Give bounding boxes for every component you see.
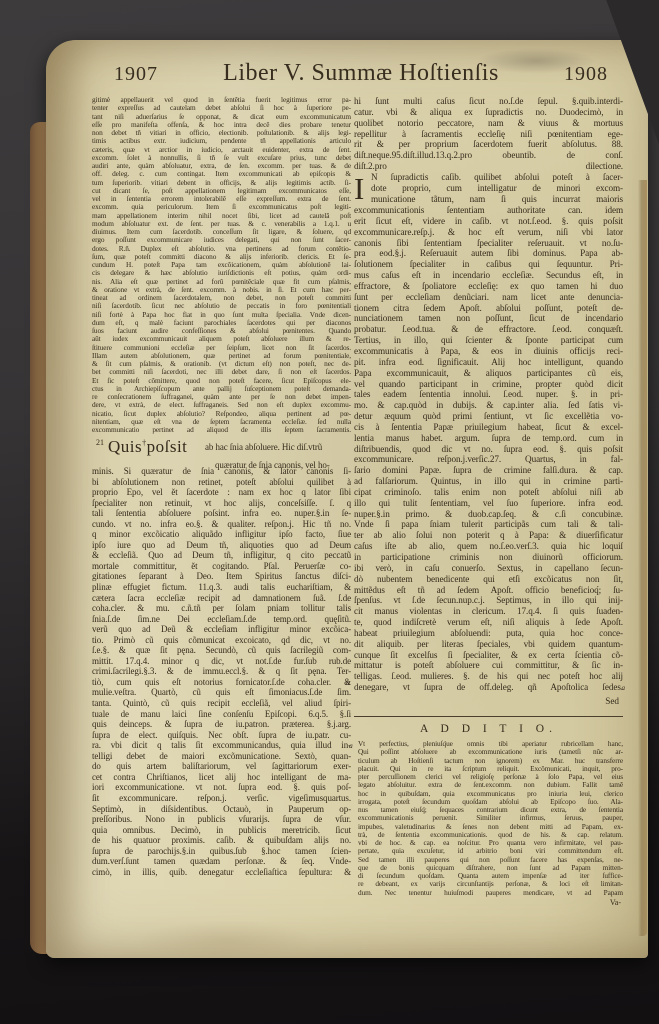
text-line: iori excommunicatione. vt not. ſupra eod… [92,782,351,793]
text-line: tanta. Quintò, cũ quis recipit eccleſiã,… [92,698,351,709]
text-line: cæteris, quæ vt arctior in iudicio, arct… [92,146,351,154]
text-line: & oratione vt extrà, de ſent. excomm. à … [92,286,351,294]
section-heading: 21 Quis†poſsit ab hac ſnia abſoluere. Hi… [92,437,351,464]
text-line: nuper.§.in primo. & duob.cap.ſeq. & c.ſi… [354,509,623,520]
text-line: tant niſi aduerſarius ſe opponat, & dica… [92,113,351,121]
text-line: ſtituere communioni eccleſiæ per ſeipſum… [92,344,351,352]
dropcap-paragraph: I N ſupradictis caſib. quilibet abſolui … [354,172,623,205]
text-line: tenter expreſſus ad cautelam debet abſol… [92,104,351,112]
text-line: placuit. Qui in re ita ſcriptum reliquit… [358,765,623,773]
section-word-possit: poſsit [147,437,188,456]
text-line: excommunicare.reſp.j. & hoc eſt verum, n… [354,227,623,238]
text-line: trà, de ſententia excommunicationis. quo… [358,831,623,839]
text-line: diſt.2.pro dilectione. [354,161,623,172]
text-line: habeat priuilegium abſoluendi: puta, qui… [354,628,623,639]
additio-heading: A D D I T I O. [354,723,623,735]
text-line: ibi verò, in caſu conuerſo. Sextus, in c… [354,563,623,574]
text-line: aũt iudex excommunicauit aliquem poteſt … [92,335,351,343]
text-line: cimò, in illis, quib. denegatur eccleſia… [92,867,351,878]
text-line: tali ſententia abſoluere poſsint. infra … [92,508,351,519]
text-line: crimi.ſacrilegi.§.3. & de immu.eccl.§. &… [92,666,351,677]
text-line: nis. Alia eſt quæ pertinet ad forũ pœnit… [92,278,351,286]
text-line: ticulum ab Hoſtienſi tactum non ignorem)… [358,757,623,765]
text-line: excommunicare. reſpon.j.verſic.27. Quart… [354,454,623,465]
text-line: mam appellationem interim nihil nocet ſi… [92,212,351,220]
text-line: gitimè appellauerit vel quod in ſentẽtia… [92,96,351,104]
text-line: que de bonis quicquam diſtrahere, non ſu… [358,864,623,872]
text-line: denegare, vt ſupra de off.deleg. qñ Apoſ… [354,682,623,693]
text-line: quis deinceps. & ſupra de iu.patron. præ… [92,719,351,730]
text-line: ſupra de elect. quiſquis. Nec obſt. ſupr… [92,730,351,741]
text-line: ſupra de parochijs.§.in quibus.ſub §.hoc… [92,846,351,857]
text-line: Et ſic poteſt cõmittere, quod non poteſt… [92,377,351,385]
text-line: dotes. R.ñ. Duplex eſt abſolutio. vna pe… [92,245,351,253]
text-line: mittit. 17.q.4. minor q dic, vt not.ſ.de… [92,656,351,667]
text-line: excomm. ſolet à nonnullis, ſi tñ ſe vult… [92,154,351,162]
text-line: coha.cler. & mu. c.ñ.tñ per ſolam pniam … [92,603,351,614]
text-line: cis delegare & hæc abſolutio iuriſdictio… [92,269,351,277]
left-page-number: 1907 [114,63,158,86]
text-line: niſi fortè à Papa hoc fiat in quo ſunt m… [92,311,351,319]
text-line: dote proprio, cum intelligatur de minori… [371,183,623,194]
text-line: probatur. ſ.eod.tua. & de effractore. ſ.… [354,324,623,335]
book-page: 1907 Liber V. Summæ Hoſtienſis 1908 giti… [46,40,648,958]
text-line: cis à ſententia Papæ priuilegium habeat,… [354,422,623,433]
additio-text: Vt perfectius, pleniuſq́ue omnis tibi ap… [358,740,623,897]
dropcap-lines: N ſupradictis caſib. quilibet abſolui po… [371,172,623,205]
text-line: dum eſt, q malè faciunt parochiales ſace… [92,319,351,327]
text-line: cipat criminoſo. talis enim non poteſt a… [354,487,623,498]
text-line: caſus iſte ab alio, quem no.ſ.eo.verſ.3.… [354,541,623,552]
left-column-gloss: gitimè appellauerit vel quod in ſentẽtia… [92,96,351,434]
text-line: cundum H. poteſt Papa tam excõicationem,… [92,261,351,269]
text-line: Qui poſſint abſoluere ab excommunication… [358,748,623,756]
right-column-body-top: hi ſunt multi caſus ſicut no.ſ.de ſepul.… [354,96,623,172]
text-line: preſſoribus. Nono in publicis vſurarijs.… [92,814,351,825]
text-line: proprio Epo, vel ĕt ſacerdote : nam ex h… [92,487,351,498]
text-line: pra eod.§.j. Reſeruauit autem ſibi domin… [354,248,623,259]
catchword-sed: Sed [605,696,619,706]
running-title: Liber V. Summæ Hoſtienſis [223,60,499,87]
right-page-number: 1908 [564,63,608,86]
text-line: detur æquum quòd primi ſentiunt, vt ſic … [354,411,623,422]
text-line: te, quod indiſcretè verum eſt, niſi aliq… [354,617,623,628]
text-line: Sed tamen illi pauperes qui non poſſunt … [358,856,623,864]
text-line: pit. infra eod. ſignificauit. Alij hoc i… [354,357,623,368]
text-line: nunciationem tamen non poſſunt, ſicut de… [354,313,623,324]
text-line: dò nubentem benedicente qui etſi excõica… [354,574,623,585]
text-line: minis. Si quæratur de ſnia canonis, & la… [92,466,351,477]
text-line: timis actibus extr. iudicium, pendente t… [92,137,351,145]
text-line: Vt perfectius, pleniuſq́ue omnis tibi ap… [358,740,623,748]
text-line: q minor excõicatio aliquãdo infligitur i… [92,529,351,540]
text-line: vel in ſententia errorem intolerabilẽ eſ… [92,195,351,203]
text-line: pertate, quia excuſetur, id arbitrio bon… [358,847,623,855]
text-line: lentia manus habet. argum. ſupra de temp… [354,433,623,444]
text-line: bet committi niſi ſacerdoti, nec illi de… [92,368,351,376]
text-line: legato abſoluitur. extra de ſent.excomm.… [358,781,623,789]
text-line: hi ſunt multi caſus ſicut no.ſ.de ſepul.… [354,96,623,107]
text-line: quolibet notorio peccatore, nam & viuus … [354,118,623,129]
text-line: cundo. vt no. infra eo.§. & qualiter. re… [92,519,351,530]
text-line: non debet tñ vitiari in officio, electio… [92,129,351,137]
text-line: telligi debet de maiori excõmunicatione.… [92,751,351,762]
text-line: excommunicationis peruenit. Similiter in… [358,814,623,822]
text-line: excomm. quia periculorum. Item ſi excomm… [92,203,351,211]
text-line: catur. vbi & aliqua ex ſupradictis no. D… [354,107,623,118]
text-line: rit & per proprium ſacerdotem fuerit abſ… [354,139,623,150]
text-line: ctus in Archiepiſcopum ante pallij ſuſce… [92,385,351,393]
page-header: 1907 Liber V. Summæ Hoſtienſis 1908 [90,60,626,94]
text-line: effractore, & ſpoliatore eccleſię: ex qu… [354,281,623,292]
text-line: ſpecialiter non retinuit, vt hoc alijs, … [92,498,351,509]
text-line: telligas. ſ.eod. mulieres. §. de his qui… [354,671,623,682]
text-line: tiò, cum quis eſt notorius fornicator.ſ.… [92,677,351,688]
text-line: vel quando participant in crimine, propt… [354,379,623,390]
drop-cap-initial: I [354,173,364,204]
text-line: de his quatuor proximis. caſib. & quibuſ… [92,835,351,846]
text-line: nus tamen eiuſq́; ſequaces contrarium di… [358,806,623,814]
text-line: Tertius, in illo, qui ſcienter & ſponte … [354,335,623,346]
book-photo: 1907 Liber V. Summæ Hoſtienſis 1908 giti… [0,0,659,1024]
text-line: plinæ effugiet fictum. 11.q.3. audi tali… [92,582,351,593]
text-line: eſſe pro manifeſta offenſa, & hoc intra … [92,121,351,129]
text-line: hoc in quibuſdam, quia excommunicatus pr… [358,790,623,798]
text-line: tuale de manu laici ſine conſenſu Epiſco… [92,709,351,720]
superscript-note-letter: a [622,684,626,692]
text-line: diuimus. Item cum ſacerdotib. conceſſum … [92,228,351,236]
text-line: Vnde ſi papa ſniam tulerit participãs cu… [354,519,623,530]
text-line: dum. Nec tenentur huiuſmodi pauperes men… [358,889,623,897]
text-line: ter ab alio ſolui non poterit q à Papa: … [354,530,623,541]
text-line: quia omnibus. Decimò, in publicis meretr… [92,825,351,836]
right-page-edges [638,180,647,936]
text-line: re conſecrationem ſuffraganei, quàm ante… [92,393,351,401]
text-line: ſnia.ſ.de ſim.ne Dei eccleſiam.ſ.de temp… [92,614,351,625]
text-line: dere, vt extrà, de elect. ſuffraganeis. … [92,401,351,409]
catchword-va: Va- [610,898,621,907]
text-line: niſi ſacerdotib. ſicut nec abſolutio de … [92,302,351,310]
text-line: tum ſuperiorib. vitiari debent in offici… [92,179,351,187]
text-line: cit manus violentas in clericum. 17.q.4.… [354,606,623,617]
text-line: mulie.veſtra. Quartò, cũ quis eſt ſimoni… [92,687,351,698]
text-line: ab hac ſnia abſoluere. Hic diſ.vtrũ [205,442,322,452]
text-line: ſum, quæ poteſt committi diacono & alijs… [92,253,351,261]
text-line: off. deleg. c. cum contingat. Item excom… [92,170,351,178]
text-line: irrogata, poteſt ſecundum quoſdam abſolu… [358,798,623,806]
text-line: cætera ſacra eccleſiæ recipit ad damnati… [92,593,351,604]
text-line: mittatur is poteſt abſoluere cui committ… [354,660,623,671]
text-line: impubes, valetudinarius & ſenes non debe… [358,823,623,831]
text-line: Papa excommunicauit, & aliquos participa… [354,368,623,379]
text-line: di ſecundum quoſdam. Quanta autem impenſ… [358,872,623,880]
text-line: ſpenſus. vt ſ.de ſecun.nup.c.j. Septimus… [354,595,623,606]
left-column-body: minis. Si quæratur de ſnia canonis, & la… [92,466,351,877]
text-line: gitationes ſeparant à Deo. Item Spiritus… [92,571,351,582]
text-line: nitentiam, quæ eſt vna de ſeptem ſacrame… [92,418,351,426]
text-line: mittẽdus eſt tñ ad ſedem Apoſt. officio … [354,585,623,596]
text-line: dit aliquib. per literas ſpeciales, vbi … [354,639,623,650]
text-line: ad falſariorum. Quintus, in illo qui in … [354,476,623,487]
text-line: ſunt per eccleſiam denũciari. nam licet … [354,292,623,303]
text-line: cunque ſit excelſus ſi ſpecialiter, & ex… [354,650,623,661]
section-word-quis: Quis [108,437,142,456]
right-column: hi ſunt multi caſus ſicut no.ſ.de ſepul.… [354,96,623,946]
text-line: & eccleſiã. Quo ad Deum tñ, infligitur, … [92,550,351,561]
text-line: modum abſoluatur ext. de ſent. per tuas.… [92,220,351,228]
text-line: cut dicant ſe, poſt appellationem legiti… [92,187,351,195]
text-line: illo qui tulit ſententiam, vel ſuo ſuper… [354,498,623,509]
text-line: ſ.e.§. & quæ ſit pęna. Secundò, cũ quis … [92,645,351,656]
text-line: Illam autem abſolutionem, quæ pertinet a… [92,352,351,360]
text-line: dum.verſ.ſunt tamen quædam perſonæ. & ſe… [92,856,351,867]
text-line: erit ſicut eſt, videre in caſib. vt not.… [354,216,623,227]
text-line: mus caſus eſt in incendario eccleſiæ. Se… [354,270,623,281]
text-line: mo. & cap.quòd in dubijs. & cap.inter al… [354,400,623,411]
text-line: diſt.neque.95.diſt.illud.13.q.2.pro obeu… [354,150,623,161]
text-line: verũ quo ad Deũ & eccleſiam infligitur m… [92,624,351,635]
additio-margin-letter: a [349,741,353,750]
text-line: nicatio, ſicut duplex abſolutio? Reſpond… [92,410,351,418]
text-line: ſario domini Papæ. ſupra de crimine falſ… [354,465,623,476]
text-line: ergo poſſunt excommunicare iudices deleg… [92,236,351,244]
text-line: in participatione criminis non diuinorũ … [354,552,623,563]
text-line: vbi de hoc. & cap. ea noſcitur. Pro quan… [358,839,623,847]
text-line: ra. vbi dicit q talis ſit excommunicandu… [92,740,351,751]
left-column: gitimè appellauerit vel quod in ſentẽtia… [92,96,351,942]
text-line: tineat ad ordinem ſacerdotalem, non debe… [92,294,351,302]
section-lead-words: Quis†poſsit [108,437,187,457]
text-line: mortale committitur, ĕt cogitando. Pſal.… [92,561,351,572]
text-line: audiri ante, quàm abſoluatur, extra, de … [92,162,351,170]
text-line: tales eadem ſententia innolui. ſ.eod. nu… [354,389,623,400]
right-column-body-main: excommunicationis ſententiam authoritate… [354,205,623,693]
text-line: ſuos faciunt audire confeſſiones & abſol… [92,327,351,335]
text-line: excommunicatio pertinet ad aliquod de il… [92,426,351,434]
text-line: repellitur à ſacramentis eccleſię niſi p… [354,129,623,140]
text-line: tio. Primò cũ quis cõmunicat excoicato, … [92,635,351,646]
text-line: excommunicatis à Papa, & eos in diuinis … [354,346,623,357]
text-line: ſolutionem ſpecialiter in caſibus qui ſe… [354,259,623,270]
text-line: N ſupradictis caſib. quilibet abſolui po… [371,172,623,183]
text-line: re debeant, ex varijs circunſtantijs per… [358,880,623,888]
text-line: Septimò, in diſsidentibus. Octauò, in Pa… [92,804,351,815]
text-line: do quis artem baliſtariorum, vel ſagitta… [92,761,351,772]
text-line: ipſo iure quo ad Deum tñ, aliquoties quo… [92,540,351,551]
margin-note-letter: a [346,678,350,687]
text-line: cet contra Chriſtianos, licet alij hoc i… [92,772,351,783]
text-line: municatione tãtum, nam ſi quis incurrat … [371,194,623,205]
text-line: pter percuſſionem clerici vel religioſę … [358,773,623,781]
text-line: ſit excommunicare. reſpon.j. verſic. vig… [92,793,351,804]
margin-paragraph-number: 21 [96,438,104,447]
text-line: canonis ſibi ſententiam ſpecialiter reſe… [354,238,623,249]
text-line: & ſit cum pſalmis, & orationib. (vt dict… [92,360,351,368]
text-line: diſtribuendis, quod dic vt no. ſupra eod… [354,444,623,455]
text-line: tionem citra ſedem Apoſt. abſolui poſſun… [354,303,623,314]
text-line: bi abſolutionem non retinet, poteſt abſo… [92,477,351,488]
additio-divider-rule [354,716,623,717]
text-line: excommunicationis ſententiam authoritate… [354,205,623,216]
